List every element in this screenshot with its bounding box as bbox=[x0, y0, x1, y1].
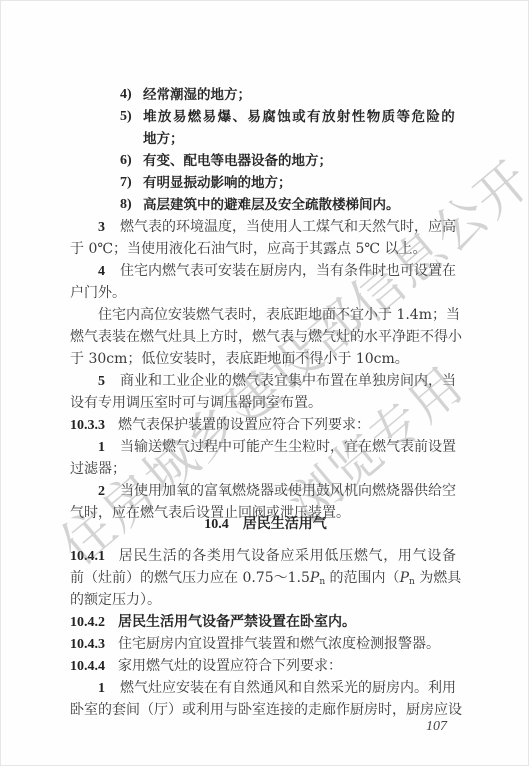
paragraph-number: 5 bbox=[98, 372, 120, 392]
document-page: 4) 经常潮湿的地方； 5) 堆放易燃易爆、易腐蚀或有放射性物质等危险的 地方；… bbox=[0, 0, 529, 766]
paragraph-number: 1 bbox=[98, 679, 120, 699]
clause-line-mandatory: 10.4.2居民生活用气设备严禁设置在卧室内。 bbox=[70, 612, 456, 632]
section-number: 10.4 bbox=[204, 515, 229, 535]
paragraph-line: 前（灶前）的燃气压力应在 0.75～1.5Pn 的范围内（Pn 为燃具 bbox=[70, 568, 456, 588]
paragraph-line: 住宅内高位安装燃气表时，表底距地面不宜小于 1.4m；当 bbox=[98, 305, 456, 325]
clause-line: 10.4.4家用燃气灶的设置应符合下列要求： bbox=[70, 656, 456, 676]
clause-line: 10.4.3住宅厨房内宜设置排气装置和燃气浓度检测报警器。 bbox=[70, 634, 456, 654]
list-marker: 4) bbox=[120, 85, 140, 105]
paragraph-line: 于 0℃；当使用液化石油气时，应高于其露点 5℃ 以上。 bbox=[70, 239, 456, 259]
paragraph-line: 5商业和工业企业的燃气表宜集中布置在单独房间内，当 bbox=[98, 371, 456, 391]
list-item: 有明显振动影响的地方； bbox=[143, 173, 292, 193]
section-title: 居民生活用气 bbox=[243, 516, 327, 532]
clause-number: 10.4.2 bbox=[70, 613, 118, 633]
paragraph-line: 户门外。 bbox=[70, 283, 456, 303]
list-item: 堆放易燃易爆、易腐蚀或有放射性物质等危险的 bbox=[143, 107, 456, 127]
list-marker: 5) bbox=[120, 107, 140, 127]
list-marker: 7) bbox=[120, 173, 140, 193]
paragraph-number: 1 bbox=[98, 438, 120, 458]
list-item: 有变、配电等电器设备的地方； bbox=[143, 151, 332, 171]
clause-number: 10.3.3 bbox=[70, 416, 118, 436]
list-marker: 8) bbox=[120, 195, 140, 215]
clause-number: 10.4.3 bbox=[70, 635, 118, 655]
paragraph-line: 的额定压力）。 bbox=[70, 590, 456, 610]
paragraph-number: 4 bbox=[98, 262, 120, 282]
paragraph-number: 3 bbox=[98, 218, 120, 238]
paragraph-line: 设有专用调压室时可与调压器同室布置。 bbox=[70, 393, 456, 413]
paragraph-line: 燃气表装在燃气灶具上方时，燃气表与燃气灶的水平净距不得小 bbox=[70, 327, 456, 347]
clause-line: 10.3.3燃气表保护装置的设置应符合下列要求： bbox=[70, 415, 456, 435]
page-number: 107 bbox=[426, 719, 447, 735]
paragraph-line: 2当使用加氧的富氧燃烧器或使用鼓风机向燃烧器供给空 bbox=[98, 481, 456, 501]
paragraph-line: 4住宅内燃气表可安装在厨房内，当有条件时也可设置在 bbox=[98, 261, 456, 281]
list-item: 经常潮湿的地方； bbox=[143, 85, 251, 105]
clause-line: 10.4.1居民生活的各类用气设备应采用低压燃气，用气设备 bbox=[70, 546, 456, 566]
list-item: 高层建筑中的避难层及安全疏散楼梯间内。 bbox=[143, 195, 400, 215]
clause-number: 10.4.1 bbox=[70, 547, 118, 567]
paragraph-line: 卧室的套间（厅）或利用与卧室连接的走廊作厨房时，厨房应设 bbox=[70, 700, 456, 720]
paragraph-line: 1燃气灶应安装在有自然通风和自然采光的厨房内。利用 bbox=[98, 678, 456, 698]
list-marker: 6) bbox=[120, 151, 140, 171]
paragraph-line: 1当输送燃气过程中可能产生尘粒时，宜在燃气表前设置 bbox=[98, 437, 456, 457]
list-item-continuation: 地方； bbox=[143, 129, 184, 149]
clause-number: 10.4.4 bbox=[70, 657, 118, 677]
paragraph-line: 过滤器； bbox=[70, 459, 456, 479]
paragraph-line: 于 30cm；低位安装时，表底距地面不得小于 10cm。 bbox=[70, 349, 456, 369]
paragraph-line: 3燃气表的环境温度，当使用人工煤气和天然气时，应高 bbox=[98, 217, 456, 237]
section-heading: 10.4居民生活用气 bbox=[1, 514, 529, 535]
paragraph-number: 2 bbox=[98, 482, 120, 502]
